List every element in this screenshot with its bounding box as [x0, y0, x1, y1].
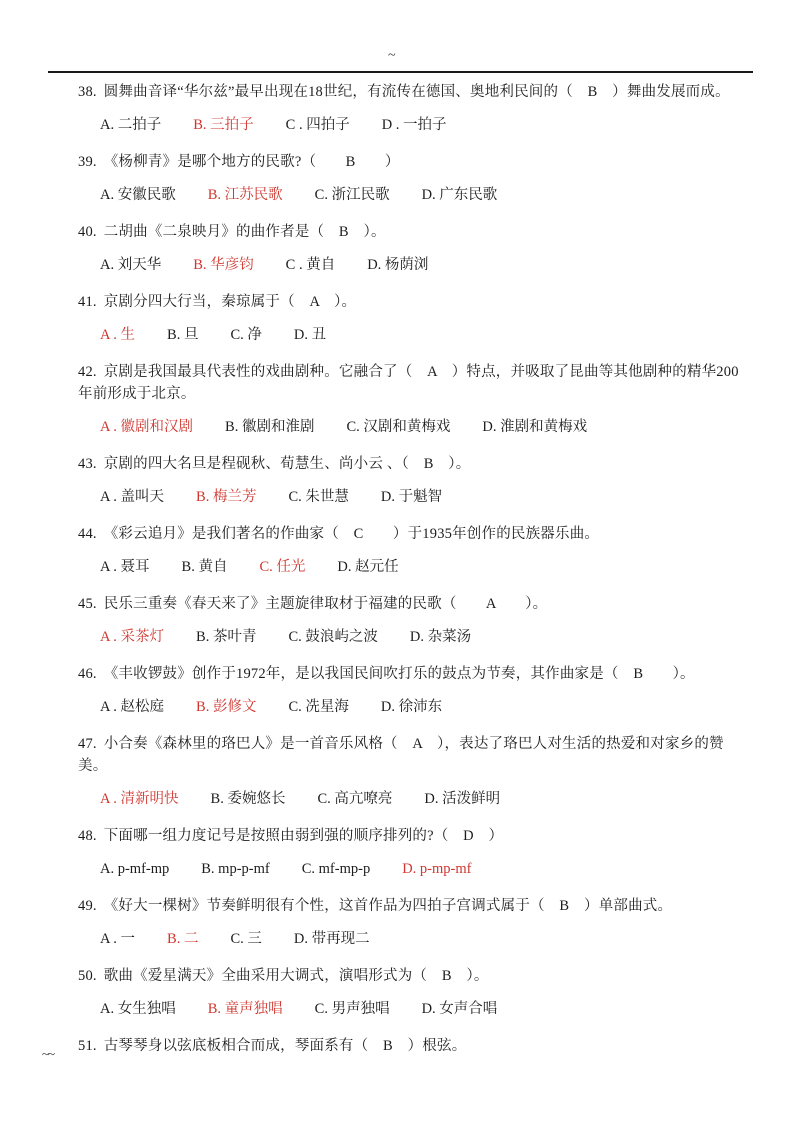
- option: A . 聂耳: [100, 556, 150, 578]
- option-correct-answer: A . 清新明快: [100, 788, 179, 810]
- question-block: 50.歌曲《爱星满天》全曲采用大调式，演唱形式为（ B ）。 A. 女生独唱B.…: [78, 965, 740, 1020]
- page-bottom-tilde-mark: ~~: [42, 1046, 54, 1062]
- option: A. 女生独唱: [100, 998, 176, 1020]
- option: C. 净: [230, 324, 261, 346]
- question-block: 41.京剧分四大行当，秦琼属于（ A ）。 A . 生B. 旦C. 净D. 丑: [78, 291, 740, 346]
- option: C. mf-mp-p: [302, 858, 370, 880]
- question-line: 51.古琴琴身以弦底板相合而成，琴面系有（ B ）根弦。: [78, 1035, 740, 1057]
- option: C . 黄自: [286, 254, 336, 276]
- question-line: 44.《彩云追月》是我们著名的作曲家（ C ）于1935年创作的民族器乐曲。: [78, 523, 740, 545]
- option: D. 广东民歌: [422, 184, 498, 206]
- question-line: 42.京剧是我国最具代表性的戏曲剧种。它融合了（ A ）特点，并吸取了昆曲等其他…: [78, 361, 740, 405]
- option: D. 淮剧和黄梅戏: [482, 416, 587, 438]
- option-correct-answer: A . 生: [100, 324, 135, 346]
- question-text: 歌曲《爱星满天》全曲采用大调式，演唱形式为（ B ）。: [104, 968, 489, 984]
- option: B. 委婉悠长: [211, 788, 286, 810]
- option: B. 旦: [167, 324, 198, 346]
- option: A . 盖叫天: [100, 486, 164, 508]
- option: B. mp-p-mf: [201, 858, 269, 880]
- option: D. 杨荫浏: [367, 254, 428, 276]
- question-block: 39.《杨柳青》是哪个地方的民歌?（ B ） A. 安徽民歌B. 江苏民歌C. …: [78, 151, 740, 206]
- question-number: 45.: [78, 596, 97, 612]
- question-text: 《彩云追月》是我们著名的作曲家（ C ）于1935年创作的民族器乐曲。: [104, 526, 599, 542]
- option: B. 徽剧和淮剧: [225, 416, 314, 438]
- option-correct-answer: B. 江苏民歌: [208, 184, 283, 206]
- option-correct-answer: B. 梅兰芳: [196, 486, 256, 508]
- option: C. 高亢嘹亮: [317, 788, 392, 810]
- question-number: 49.: [78, 898, 97, 914]
- option-correct-answer: A . 徽剧和汉剧: [100, 416, 193, 438]
- options-row: A. 二拍子B. 三拍子C . 四拍子D . 一拍子: [100, 114, 740, 136]
- question-text: 京剧分四大行当，秦琼属于（ A ）。: [104, 294, 357, 310]
- option: D. 女声合唱: [422, 998, 498, 1020]
- option: D. 带再现二: [294, 928, 370, 950]
- option: C. 鼓浪屿之波: [288, 626, 377, 648]
- option: D . 一拍子: [382, 114, 447, 136]
- question-number: 48.: [78, 828, 97, 844]
- option: A. p-mf-mp: [100, 858, 169, 880]
- option: A. 安徽民歌: [100, 184, 176, 206]
- question-line: 43.京剧的四大名旦是程砚秋、荀慧生、尚小云 、（ B ）。: [78, 453, 740, 475]
- question-line: 40.二胡曲《二泉映月》的曲作者是（ B ）。: [78, 221, 740, 243]
- question-number: 39.: [78, 154, 97, 170]
- option: D. 活泼鲜明: [424, 788, 500, 810]
- question-line: 41.京剧分四大行当，秦琼属于（ A ）。: [78, 291, 740, 313]
- question-line: 39.《杨柳青》是哪个地方的民歌?（ B ）: [78, 151, 740, 173]
- option: C. 冼星海: [288, 696, 348, 718]
- question-number: 41.: [78, 294, 97, 310]
- page-top-tilde-mark: ~: [388, 48, 396, 64]
- question-block: 42.京剧是我国最具代表性的戏曲剧种。它融合了（ A ）特点，并吸取了昆曲等其他…: [78, 361, 740, 438]
- question-number: 38.: [78, 84, 97, 100]
- question-block: 47.小合奏《森林里的珞巴人》是一首音乐风格（ A ），表达了珞巴人对生活的热爱…: [78, 733, 740, 810]
- option-correct-answer: B. 彭修文: [196, 696, 256, 718]
- options-row: A. 刘天华B. 华彦钧C . 黄自D. 杨荫浏: [100, 254, 740, 276]
- option: A . 一: [100, 928, 135, 950]
- question-block: 45.民乐三重奏《春天来了》主题旋律取材于福建的民歌（ A ）。 A . 采茶灯…: [78, 593, 740, 648]
- question-text: 《丰收锣鼓》创作于1972年，是以我国民间吹打乐的鼓点为节奏，其作曲家是（ B …: [104, 666, 695, 682]
- option: A. 二拍子: [100, 114, 161, 136]
- question-number: 50.: [78, 968, 97, 984]
- option: C . 四拍子: [286, 114, 350, 136]
- options-row: A. 安徽民歌B. 江苏民歌C. 浙江民歌D. 广东民歌: [100, 184, 740, 206]
- option: C. 男声独唱: [315, 998, 390, 1020]
- option-correct-answer: C. 任光: [259, 556, 305, 578]
- question-line: 49.《好大一棵树》节奏鲜明很有个性，这首作品为四拍子宫调式属于（ B ）单部曲…: [78, 895, 740, 917]
- option: D. 徐沛东: [381, 696, 442, 718]
- question-block: 46.《丰收锣鼓》创作于1972年，是以我国民间吹打乐的鼓点为节奏，其作曲家是（…: [78, 663, 740, 718]
- option-correct-answer: A . 采茶灯: [100, 626, 164, 648]
- question-line: 45.民乐三重奏《春天来了》主题旋律取材于福建的民歌（ A ）。: [78, 593, 740, 615]
- question-line: 38.圆舞曲音译“华尔兹”最早出现在18世纪，有流传在德国、奥地利民间的（ B …: [78, 81, 740, 103]
- question-text: 二胡曲《二泉映月》的曲作者是（ B ）。: [104, 224, 386, 240]
- question-text: 民乐三重奏《春天来了》主题旋律取材于福建的民歌（ A ）。: [104, 596, 548, 612]
- option: C. 三: [230, 928, 261, 950]
- question-block: 48.下面哪一组力度记号是按照由弱到强的顺序排列的?（ D ） A. p-mf-…: [78, 825, 740, 880]
- option-correct-answer: B. 二: [167, 928, 198, 950]
- option: D. 赵元任: [337, 556, 398, 578]
- option: C. 浙江民歌: [315, 184, 390, 206]
- options-row: A. p-mf-mpB. mp-p-mfC. mf-mp-pD. p-mp-mf: [100, 858, 740, 880]
- question-text: 《杨柳青》是哪个地方的民歌?（ B ）: [104, 154, 400, 170]
- question-text: 下面哪一组力度记号是按照由弱到强的顺序排列的?（ D ）: [104, 828, 504, 844]
- options-row: A . 采茶灯B. 茶叶青C. 鼓浪屿之波D. 杂菜汤: [100, 626, 740, 648]
- header-rule-line: [48, 71, 753, 73]
- question-number: 44.: [78, 526, 97, 542]
- question-text: 京剧是我国最具代表性的戏曲剧种。它融合了（ A ）特点，并吸取了昆曲等其他剧种的…: [78, 364, 739, 402]
- option: D. 于魁智: [381, 486, 442, 508]
- question-text: 《好大一棵树》节奏鲜明很有个性，这首作品为四拍子宫调式属于（ B ）单部曲式。: [104, 898, 672, 914]
- question-number: 46.: [78, 666, 97, 682]
- option: A . 赵松庭: [100, 696, 164, 718]
- question-number: 40.: [78, 224, 97, 240]
- option: D. 杂菜汤: [410, 626, 471, 648]
- question-block: 49.《好大一棵树》节奏鲜明很有个性，这首作品为四拍子宫调式属于（ B ）单部曲…: [78, 895, 740, 950]
- question-block: 40.二胡曲《二泉映月》的曲作者是（ B ）。 A. 刘天华B. 华彦钧C . …: [78, 221, 740, 276]
- question-line: 47.小合奏《森林里的珞巴人》是一首音乐风格（ A ），表达了珞巴人对生活的热爱…: [78, 733, 740, 777]
- option: B. 茶叶青: [196, 626, 256, 648]
- question-text: 京剧的四大名旦是程砚秋、荀慧生、尚小云 、（ B ）。: [104, 456, 471, 472]
- options-row: A . 一B. 二C. 三D. 带再现二: [100, 928, 740, 950]
- question-line: 48.下面哪一组力度记号是按照由弱到强的顺序排列的?（ D ）: [78, 825, 740, 847]
- question-block: 51.古琴琴身以弦底板相合而成，琴面系有（ B ）根弦。: [78, 1035, 740, 1057]
- options-row: A . 生B. 旦C. 净D. 丑: [100, 324, 740, 346]
- option-correct-answer: D. p-mp-mf: [402, 858, 471, 880]
- question-number: 43.: [78, 456, 97, 472]
- option-correct-answer: B. 三拍子: [193, 114, 253, 136]
- option: D. 丑: [294, 324, 326, 346]
- option-correct-answer: B. 童声独唱: [208, 998, 283, 1020]
- options-row: A . 清新明快B. 委婉悠长C. 高亢嘹亮D. 活泼鲜明: [100, 788, 740, 810]
- options-row: A . 赵松庭B. 彭修文C. 冼星海D. 徐沛东: [100, 696, 740, 718]
- question-line: 46.《丰收锣鼓》创作于1972年，是以我国民间吹打乐的鼓点为节奏，其作曲家是（…: [78, 663, 740, 685]
- option: A. 刘天华: [100, 254, 161, 276]
- question-line: 50.歌曲《爱星满天》全曲采用大调式，演唱形式为（ B ）。: [78, 965, 740, 987]
- question-list: 38.圆舞曲音译“华尔兹”最早出现在18世纪，有流传在德国、奥地利民间的（ B …: [78, 81, 740, 1057]
- question-block: 43.京剧的四大名旦是程砚秋、荀慧生、尚小云 、（ B ）。 A . 盖叫天B.…: [78, 453, 740, 508]
- option: B. 黄自: [182, 556, 228, 578]
- options-row: A . 徽剧和汉剧B. 徽剧和淮剧C. 汉剧和黄梅戏D. 淮剧和黄梅戏: [100, 416, 740, 438]
- option-correct-answer: B. 华彦钧: [193, 254, 253, 276]
- question-text: 小合奏《森林里的珞巴人》是一首音乐风格（ A ），表达了珞巴人对生活的热爱和对家…: [78, 736, 724, 774]
- question-text: 古琴琴身以弦底板相合而成，琴面系有（ B ）根弦。: [104, 1038, 467, 1054]
- question-text: 圆舞曲音译“华尔兹”最早出现在18世纪，有流传在德国、奥地利民间的（ B ）舞曲…: [104, 84, 730, 100]
- question-block: 44.《彩云追月》是我们著名的作曲家（ C ）于1935年创作的民族器乐曲。 A…: [78, 523, 740, 578]
- option: C. 朱世慧: [288, 486, 348, 508]
- question-number: 47.: [78, 736, 97, 752]
- question-block: 38.圆舞曲音译“华尔兹”最早出现在18世纪，有流传在德国、奥地利民间的（ B …: [78, 81, 740, 136]
- options-row: A . 聂耳B. 黄自C. 任光D. 赵元任: [100, 556, 740, 578]
- options-row: A. 女生独唱B. 童声独唱C. 男声独唱D. 女声合唱: [100, 998, 740, 1020]
- question-number: 42.: [78, 364, 97, 380]
- question-number: 51.: [78, 1038, 97, 1054]
- option: C. 汉剧和黄梅戏: [346, 416, 450, 438]
- options-row: A . 盖叫天B. 梅兰芳C. 朱世慧D. 于魁智: [100, 486, 740, 508]
